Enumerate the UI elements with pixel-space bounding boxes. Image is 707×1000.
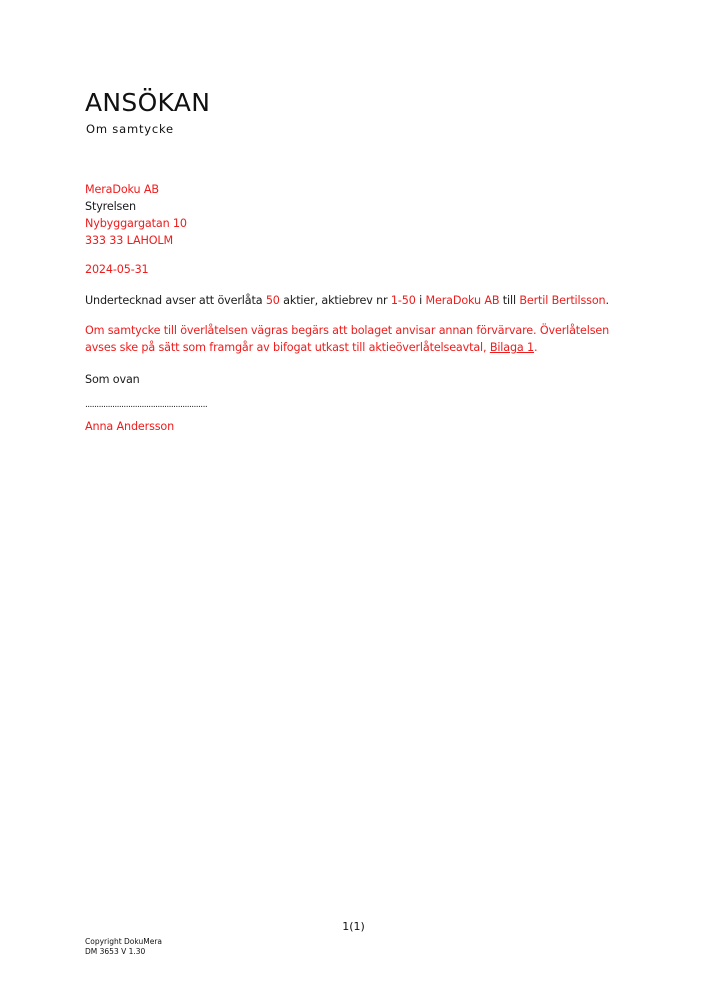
- transfer-statement: Undertecknad avser att överlåta 50 aktie…: [85, 292, 609, 309]
- recipient-company: MeraDoku AB: [85, 181, 187, 198]
- recipient-address: MeraDoku AB Styrelsen Nybyggargatan 10 3…: [85, 181, 187, 249]
- recipient-street: Nybyggargatan 10: [85, 215, 187, 232]
- footer: Copyright DokuMera DM 3653 V 1.30: [85, 937, 162, 957]
- footer-version: DM 3653 V 1.30: [85, 947, 162, 957]
- attachment-link[interactable]: Bilaga 1: [490, 341, 534, 354]
- certificate-numbers: 1-50: [391, 294, 416, 307]
- document-page: ANSÖKAN Om samtycke MeraDoku AB Styrelse…: [0, 0, 707, 1000]
- clause-line-1: Om samtycke till överlåtelsen vägras beg…: [85, 322, 625, 339]
- clause-line-2: avses ske på sätt som framgår av bifogat…: [85, 339, 625, 356]
- footer-copyright: Copyright DokuMera: [85, 937, 162, 947]
- recipient-postal: 333 33 LAHOLM: [85, 232, 187, 249]
- page-number: 1(1): [0, 920, 707, 933]
- statement-text: till: [499, 294, 519, 307]
- refusal-clause: Om samtycke till överlåtelsen vägras beg…: [85, 322, 625, 356]
- statement-text: aktier, aktiebrev nr: [280, 294, 391, 307]
- transferee-name: Bertil Bertilsson: [519, 294, 605, 307]
- statement-text: .: [605, 294, 608, 307]
- closing-text: Som ovan: [85, 371, 140, 388]
- recipient-department: Styrelsen: [85, 198, 187, 215]
- clause-text: .: [534, 341, 537, 354]
- document-title: ANSÖKAN: [85, 88, 210, 118]
- signer-name: Anna Andersson: [85, 418, 174, 435]
- company-name: MeraDoku AB: [425, 294, 499, 307]
- document-subtitle: Om samtycke: [86, 121, 174, 137]
- document-date: 2024-05-31: [85, 261, 149, 278]
- statement-text: Undertecknad avser att överlåta: [85, 294, 266, 307]
- share-count: 50: [266, 294, 280, 307]
- clause-text: avses ske på sätt som framgår av bifogat…: [85, 341, 490, 354]
- signature-line: ........................................…: [85, 399, 207, 411]
